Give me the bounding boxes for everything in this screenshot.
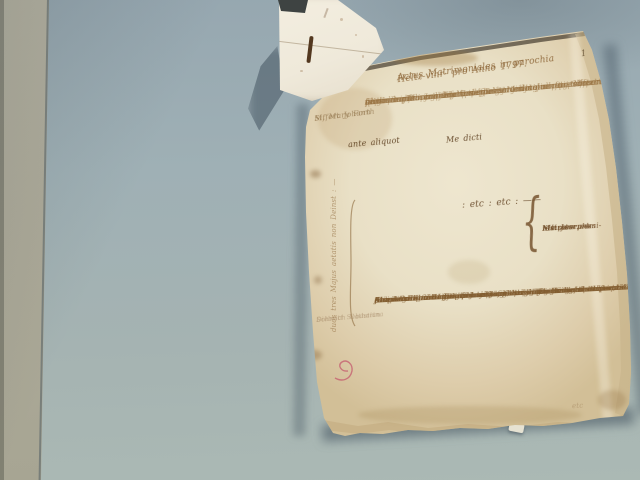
dark-ink-note-me-dicti: Me dicti bbox=[446, 132, 483, 144]
manuscript-line: commorantibus subscripserunt bbox=[364, 85, 497, 108]
paper-stain bbox=[314, 276, 322, 284]
ink-dash-mark bbox=[323, 8, 328, 18]
ink-speck bbox=[355, 34, 357, 36]
vertical-note-bracket bbox=[345, 198, 359, 330]
paragraph-2: Anno Domini Millesimo septingentesimo no… bbox=[374, 281, 629, 294]
paper-stain bbox=[307, 350, 322, 360]
paper-stain bbox=[310, 170, 321, 178]
ink-speck bbox=[362, 55, 364, 58]
paper-stain bbox=[358, 406, 582, 424]
ink-speck bbox=[340, 18, 343, 21]
folio-number: 1 bbox=[580, 49, 586, 59]
red-pencil-mark bbox=[332, 356, 362, 386]
clerk-line: nistrator. — bbox=[526, 219, 591, 235]
paper-stain bbox=[448, 260, 490, 284]
archive-photo: 1 Actus Matrimoniales in parochia Heltz-… bbox=[0, 0, 640, 480]
fragment-fold-crease bbox=[272, 40, 383, 55]
ink-speck bbox=[300, 70, 303, 72]
paper-stain bbox=[392, 50, 478, 66]
vertical-margin-note: duos tres Majus aetatis non Deinst : — bbox=[330, 200, 338, 332]
clerk-annotation: { XII: Josephus Meister pro tempore admi… bbox=[526, 217, 626, 222]
ink-dash-mark bbox=[306, 36, 313, 63]
bottom-faint-mark: etc bbox=[572, 402, 584, 411]
board-left-edge-shadow bbox=[0, 0, 4, 480]
paper-stain bbox=[598, 390, 626, 410]
